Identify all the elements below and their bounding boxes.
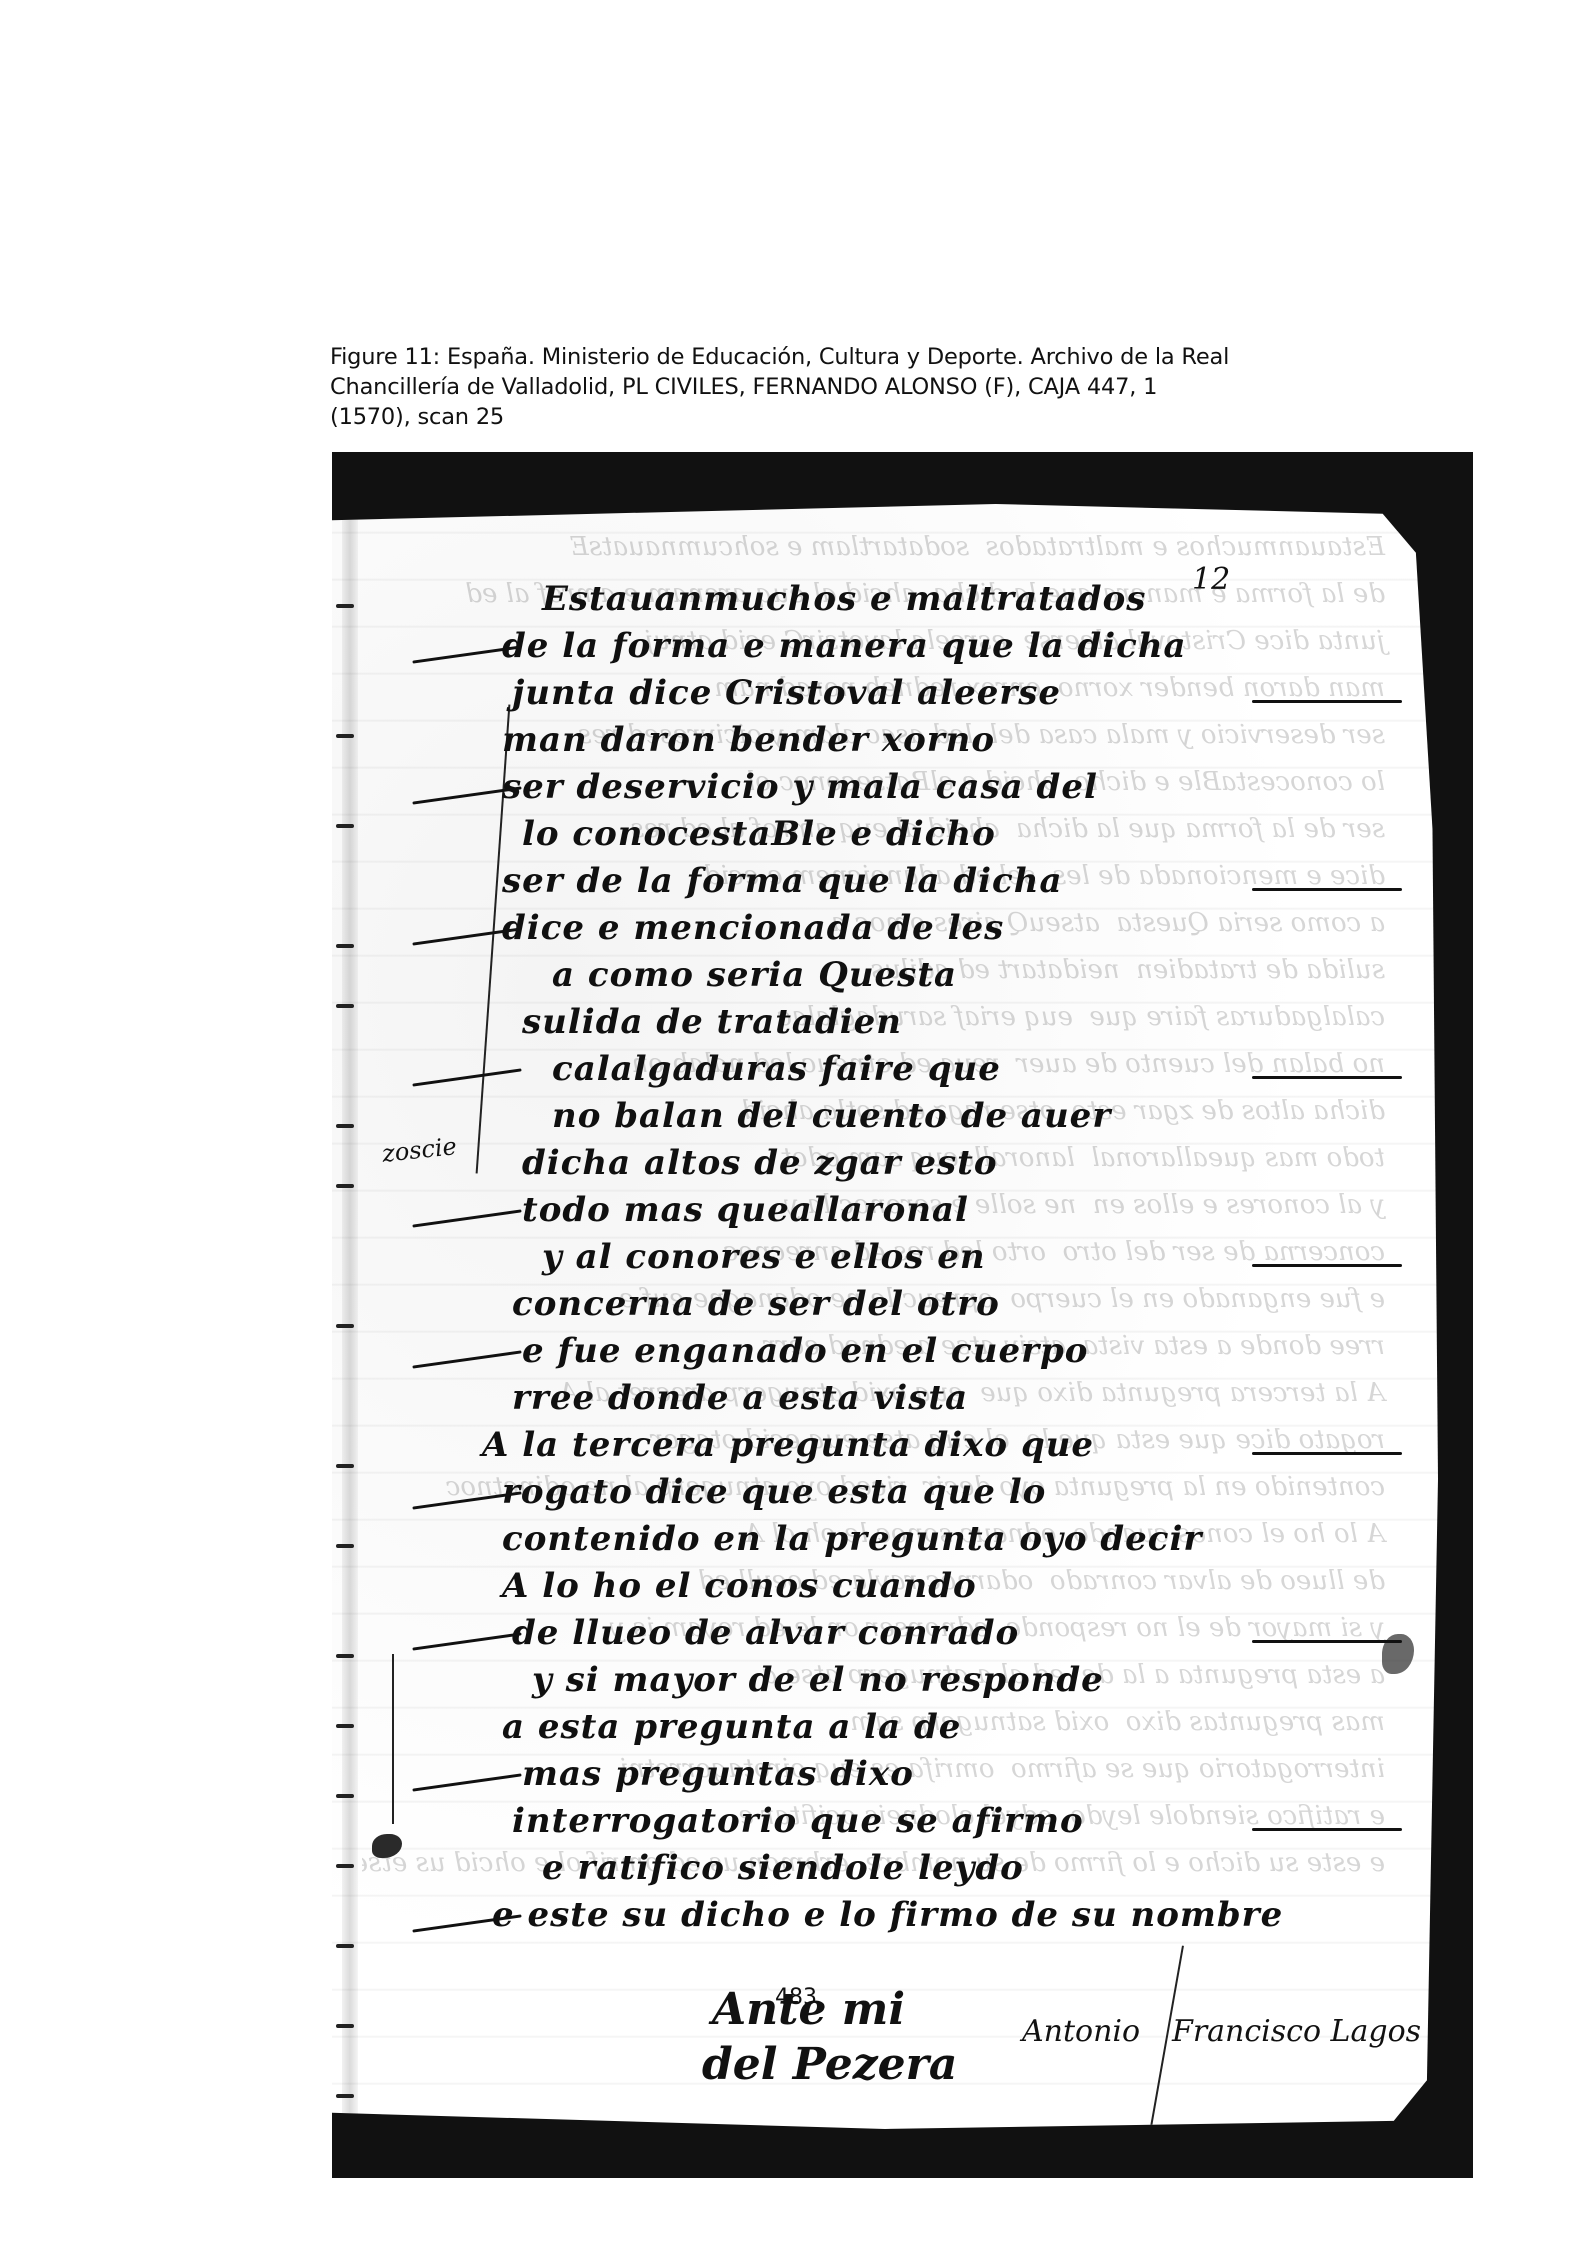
manuscript-line-text: A lo ho el conos cuando <box>502 1563 977 1610</box>
line-end-flourish <box>1252 700 1402 703</box>
manuscript-line-text: rogato dice que esta que lo <box>502 1469 1046 1516</box>
margin-tick <box>336 1794 354 1798</box>
line-flourish <box>412 1773 521 1791</box>
manuscript-line-text: junta dice Cristoval aleerse <box>512 670 1061 717</box>
manuscript-line-text: todo mas queallaronal <box>522 1187 969 1234</box>
margin-tick <box>336 2024 354 2028</box>
manuscript-line: de llueo de alvar conrado <box>392 1610 1422 1657</box>
line-flourish <box>412 1350 521 1368</box>
signature-4: Francisco Lagos <box>1172 2014 1421 2049</box>
margin-tick <box>336 1124 354 1128</box>
manuscript-line-text: lo conocestaBle e dicho <box>522 811 996 858</box>
manuscript-line-text: y si mayor de el no responde <box>532 1657 1104 1704</box>
manuscript-line: a esta pregunta a la de <box>392 1704 1422 1751</box>
line-flourish <box>412 1632 521 1650</box>
manuscript-line: no balan del cuento de auer <box>392 1093 1422 1140</box>
manuscript-line-text: mas preguntas dixo <box>522 1751 914 1798</box>
margin-tick <box>336 944 354 948</box>
manuscript-paper: Estauanmuchos e maltratados sodatartlam … <box>332 504 1438 2129</box>
manuscript-line: man daron bender xorno <box>392 717 1422 764</box>
manuscript-line-text: a esta pregunta a la de <box>502 1704 961 1751</box>
manuscript-line: junta dice Cristoval aleerse <box>392 670 1422 717</box>
margin-tick <box>336 1184 354 1188</box>
manuscript-line: A lo ho el conos cuando <box>392 1563 1422 1610</box>
line-flourish <box>412 1068 521 1086</box>
manuscript-text: Estauanmuchos e maltratadosde la forma e… <box>392 576 1422 1939</box>
page-number: 483 <box>775 1985 817 2010</box>
manuscript-line: sulida de tratadien <box>392 999 1422 1046</box>
manuscript-line-text: contenido en la pregunta oyo decir <box>502 1516 1202 1563</box>
manuscript-line: ser deservicio y mala casa del <box>392 764 1422 811</box>
manuscript-line: y al conores e ellos en <box>392 1234 1422 1281</box>
manuscript-line-text: y al conores e ellos en <box>542 1234 986 1281</box>
manuscript-line: e ratifico siendole leydo <box>392 1845 1422 1892</box>
manuscript-line: mas preguntas dixo <box>392 1751 1422 1798</box>
manuscript-line-text: interrogatorio que se afirmo <box>512 1798 1084 1845</box>
margin-tick <box>336 1944 354 1948</box>
margin-tick <box>336 1724 354 1728</box>
manuscript-line: concerna de ser del otro <box>392 1281 1422 1328</box>
line-end-flourish <box>1252 1828 1402 1831</box>
manuscript-line: calalgaduras faire que <box>392 1046 1422 1093</box>
manuscript-line: e fue enganado en el cuerpo <box>392 1328 1422 1375</box>
margin-tick <box>336 1544 354 1548</box>
manuscript-line: dice e mencionada de les <box>392 905 1422 952</box>
manuscript-line-text: de la forma e manera que la dicha <box>502 623 1187 670</box>
manuscript-line-text: man daron bender xorno <box>502 717 995 764</box>
manuscript-line-text: dicha altos de zgar esto <box>522 1140 998 1187</box>
manuscript-line: rree donde a esta vista <box>392 1375 1422 1422</box>
manuscript-line-text: e ratifico siendole leydo <box>542 1845 1024 1892</box>
manuscript-line: Estauanmuchos e maltratados <box>392 576 1422 623</box>
manuscript-line-text: A la tercera pregunta dixo que <box>482 1422 1094 1469</box>
margin-tick <box>336 1864 354 1868</box>
line-flourish <box>412 1209 521 1227</box>
manuscript-line-text: Estauanmuchos e maltratados <box>542 576 1146 623</box>
manuscript-line-text: concerna de ser del otro <box>512 1281 1000 1328</box>
manuscript-line-text: e este su dicho e lo firmo de su nombre <box>492 1892 1283 1939</box>
margin-tick <box>336 1464 354 1468</box>
manuscript-line: A la tercera pregunta dixo que <box>392 1422 1422 1469</box>
caption-line-3: (1570), scan 25 <box>330 402 1290 432</box>
manuscript-line-text: ser de la forma que la dicha <box>502 858 1063 905</box>
signature-2: del Pezera <box>702 2039 957 2090</box>
manuscript-line-text: dice e mencionada de les <box>502 905 1004 952</box>
manuscript-line: dicha altos de zgar esto <box>392 1140 1422 1187</box>
margin-tick <box>336 1324 354 1328</box>
caption-line-1: Figure 11: España. Ministerio de Educaci… <box>330 342 1290 372</box>
manuscript-line: rogato dice que esta que lo <box>392 1469 1422 1516</box>
manuscript-line: lo conocestaBle e dicho <box>392 811 1422 858</box>
manuscript-line: de la forma e manera que la dicha <box>392 623 1422 670</box>
manuscript-line: todo mas queallaronal <box>392 1187 1422 1234</box>
manuscript-line: contenido en la pregunta oyo decir <box>392 1516 1422 1563</box>
line-end-flourish <box>1252 1452 1402 1455</box>
manuscript-line: a como seria Questa <box>392 952 1422 999</box>
margin-tick <box>336 734 354 738</box>
margin-tick <box>336 1654 354 1658</box>
manuscript-line: ser de la forma que la dicha <box>392 858 1422 905</box>
signature-3: Antonio <box>1022 2014 1140 2049</box>
figure-caption: Figure 11: España. Ministerio de Educaci… <box>330 342 1290 432</box>
caption-line-2: Chancillería de Valladolid, PL CIVILES, … <box>330 372 1290 402</box>
manuscript-line-text: calalgaduras faire que <box>552 1046 1001 1093</box>
manuscript-line-text: sulida de tratadien <box>522 999 902 1046</box>
margin-tick <box>336 604 354 608</box>
manuscript-line: interrogatorio que se afirmo <box>392 1798 1422 1845</box>
manuscript-line: y si mayor de el no responde <box>392 1657 1422 1704</box>
line-end-flourish <box>1252 888 1402 891</box>
manuscript-line-text: ser deservicio y mala casa del <box>502 764 1098 811</box>
manuscript-line-text: e fue enganado en el cuerpo <box>522 1328 1088 1375</box>
manuscript-line-text: de llueo de alvar conrado <box>512 1610 1019 1657</box>
manuscript-line-text: a como seria Questa <box>552 952 957 999</box>
line-end-flourish <box>1252 1076 1402 1079</box>
line-end-flourish <box>1252 1264 1402 1267</box>
margin-tick <box>336 2094 354 2098</box>
line-end-flourish <box>1252 1640 1402 1643</box>
manuscript-scan-image: Estauanmuchos e maltratados sodatartlam … <box>332 452 1473 2178</box>
manuscript-line: e este su dicho e lo firmo de su nombre <box>392 1892 1422 1939</box>
margin-tick <box>336 824 354 828</box>
manuscript-line-text: no balan del cuento de auer <box>552 1093 1111 1140</box>
margin-tick <box>336 1004 354 1008</box>
manuscript-line-text: rree donde a esta vista <box>512 1375 968 1422</box>
